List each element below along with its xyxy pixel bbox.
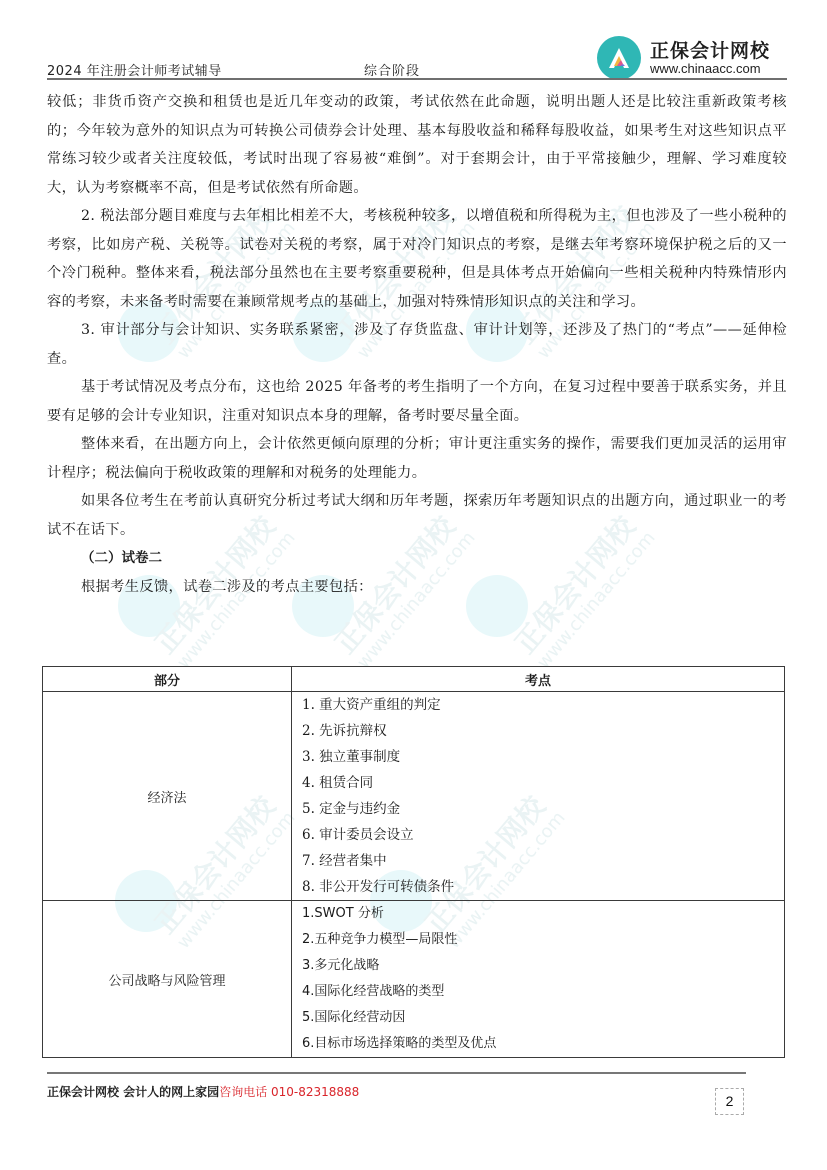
paragraph: 如果各位考生在考前认真研究分析过考试大纲和历年考题，探索历年考题知识点的出题方向… — [47, 487, 787, 544]
part-cell: 公司战略与风险管理 — [43, 901, 292, 1058]
footer-slogan: 正保会计网校 会计人的网上家园 — [47, 1085, 219, 1099]
point-item: 7. 经营者集中 — [302, 848, 784, 874]
table-header-row: 部分 考点 — [43, 667, 785, 692]
section-intro: 根据考生反馈，试卷二涉及的考点主要包括： — [47, 573, 787, 602]
footer-phone: 咨询电话 010-82318888 — [219, 1085, 359, 1099]
paragraph: 3. 审计部分与会计知识、实务联系紧密，涉及了存货监盘、审计计划等，还涉及了热门… — [47, 316, 787, 373]
points-cell: 1.SWOT 分析 2.五种竞争力模型—局限性 3.多元化战略 4.国际化经营战… — [292, 901, 785, 1058]
column-header-points: 考点 — [292, 667, 785, 692]
footer-brand: 正保会计网校 会计人的网上家园咨询电话 010-82318888 — [47, 1083, 359, 1100]
paragraph: 2. 税法部分题目难度与去年相比相差不大，考核税种较多，以增值税和所得税为主，但… — [47, 202, 787, 316]
point-item: 2. 先诉抗辩权 — [302, 718, 784, 744]
point-item: 3.多元化战略 — [302, 953, 784, 979]
footer-divider — [47, 1072, 746, 1074]
header-stage: 综合阶段 — [364, 60, 420, 79]
page-number: 2 — [715, 1088, 744, 1115]
part-cell: 经济法 — [43, 692, 292, 901]
point-item: 3. 独立董事制度 — [302, 744, 784, 770]
brand-logo-icon — [597, 36, 641, 80]
point-item: 1.SWOT 分析 — [302, 901, 784, 927]
brand-url: www.chinaacc.com — [650, 61, 761, 76]
point-item: 2.五种竞争力模型—局限性 — [302, 927, 784, 953]
paragraph: 基于考试情况及考点分布，这也给 2025 年备考的考生指明了一个方向，在复习过程… — [47, 373, 787, 430]
header-divider — [47, 78, 787, 80]
paragraph: 较低；非货币资产交换和租赁也是近几年变动的政策，考试依然在此命题，说明出题人还是… — [47, 88, 787, 202]
point-item: 6.目标市场选择策略的类型及优点 — [302, 1031, 784, 1057]
brand-logo: 正保会计网校 www.chinaacc.com — [597, 36, 757, 80]
table-row: 经济法 1. 重大资产重组的判定 2. 先诉抗辩权 3. 独立董事制度 4. 租… — [43, 692, 785, 901]
brand-name: 正保会计网校 — [650, 36, 770, 63]
document-body: 较低；非货币资产交换和租赁也是近几年变动的政策，考试依然在此命题，说明出题人还是… — [47, 88, 787, 601]
point-item: 5.国际化经营动因 — [302, 1005, 784, 1031]
paragraph: 整体来看，在出题方向上，会计依然更倾向原理的分析；审计更注重实务的操作，需要我们… — [47, 430, 787, 487]
column-header-part: 部分 — [43, 667, 292, 692]
point-item: 4. 租赁合同 — [302, 770, 784, 796]
header-course-title: 2024 年注册会计师考试辅导 — [47, 60, 222, 79]
point-item: 8. 非公开发行可转债条件 — [302, 874, 784, 900]
point-item: 6. 审计委员会设立 — [302, 822, 784, 848]
point-item: 5. 定金与违约金 — [302, 796, 784, 822]
point-item: 1. 重大资产重组的判定 — [302, 692, 784, 718]
section-heading: （二）试卷二 — [47, 544, 787, 573]
exam-points-table: 部分 考点 经济法 1. 重大资产重组的判定 2. 先诉抗辩权 3. 独立董事制… — [42, 666, 785, 1058]
table-row: 公司战略与风险管理 1.SWOT 分析 2.五种竞争力模型—局限性 3.多元化战… — [43, 901, 785, 1058]
point-item: 4.国际化经营战略的类型 — [302, 979, 784, 1005]
points-cell: 1. 重大资产重组的判定 2. 先诉抗辩权 3. 独立董事制度 4. 租赁合同 … — [292, 692, 785, 901]
